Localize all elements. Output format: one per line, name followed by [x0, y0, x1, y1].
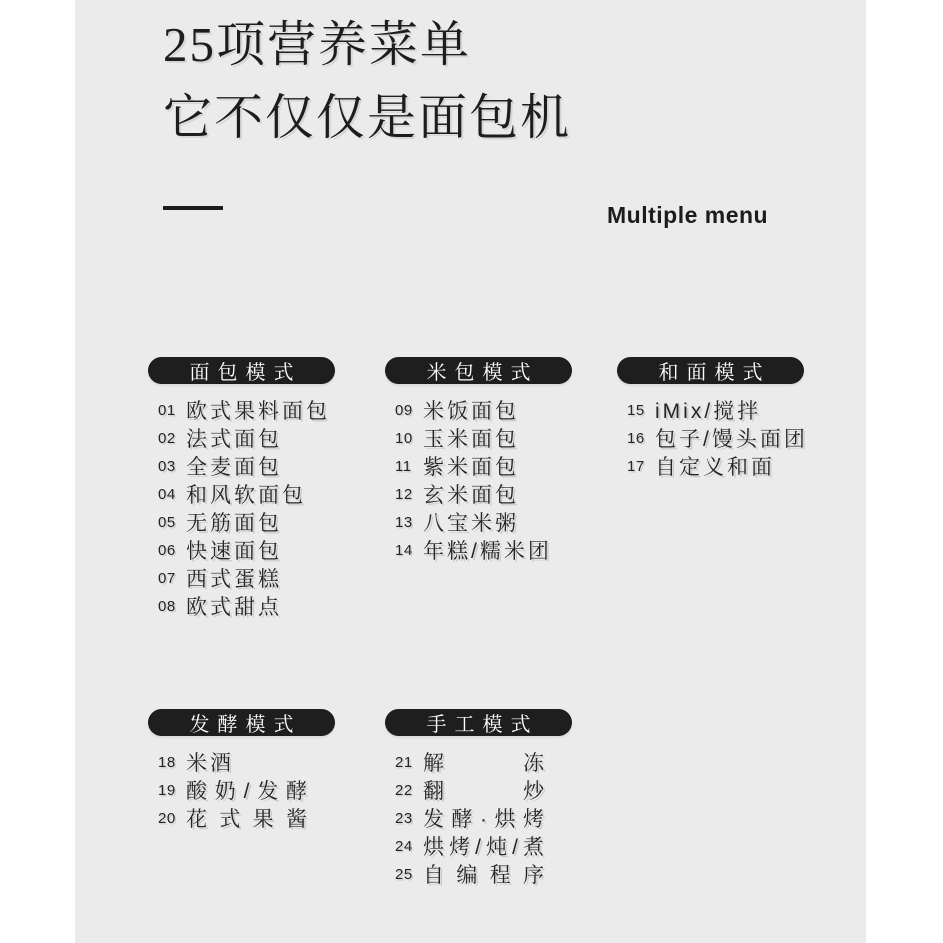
page-title-line1: 25项营养菜单: [163, 8, 571, 81]
menu-item-label: 米酒: [186, 747, 234, 777]
menu-item-list: 15iMix/搅拌16包子/馒头面团17自定义和面: [617, 396, 817, 480]
menu-group-bread: 面包模式 01欧式果料面包02法式面包03全麦面包04和风软面包05无筋面包06…: [148, 357, 348, 620]
gray-panel: 25项营养菜单 它不仅仅是面包机 Multiple menu 面包模式 01欧式…: [75, 0, 866, 943]
menu-item-label: iMix/搅拌: [655, 395, 761, 425]
menu-item-number: 17: [627, 458, 651, 475]
menu-item-number: 19: [158, 782, 182, 799]
menu-item: 20花式果酱: [158, 804, 348, 832]
menu-item-label: 烘烤/炖/煮: [423, 831, 544, 861]
menu-item-number: 13: [395, 514, 419, 531]
menu-item: 15iMix/搅拌: [627, 396, 817, 424]
menu-item: 04和风软面包: [158, 480, 348, 508]
menu-item-label: 欧式甜点: [186, 591, 282, 621]
menu-item-number: 15: [627, 402, 651, 419]
menu-item-number: 07: [158, 570, 182, 587]
menu-item: 06快速面包: [158, 536, 348, 564]
menu-item-label: 解冻: [423, 747, 544, 777]
menu-item-label: 花式果酱: [186, 803, 307, 833]
menu-item-label: 快速面包: [186, 535, 282, 565]
menu-item-number: 21: [395, 754, 419, 771]
menu-item-label: 翻炒: [423, 775, 544, 805]
menu-item-number: 09: [395, 402, 419, 419]
divider-dash: [163, 206, 223, 210]
menu-item-number: 03: [158, 458, 182, 475]
page-title: 25项营养菜单 它不仅仅是面包机: [163, 8, 571, 154]
menu-item-list: 18米酒19酸奶/发酵20花式果酱: [148, 748, 348, 832]
menu-group-header-pill: 米包模式: [385, 357, 572, 384]
menu-item-number: 08: [158, 598, 182, 615]
menu-item-label: 无筋面包: [186, 507, 282, 537]
menu-item-label: 法式面包: [186, 423, 282, 453]
menu-item-list: 21解冻22翻炒23发酵·烘烤24烘烤/炖/煮25自编程序: [385, 748, 585, 888]
menu-item-number: 25: [395, 866, 419, 883]
menu-item: 18米酒: [158, 748, 348, 776]
menu-group-header-pill: 发酵模式: [148, 709, 335, 736]
menu-item-label: 包子/馒头面团: [655, 423, 808, 453]
menu-item: 02法式面包: [158, 424, 348, 452]
menu-item-label: 米饭面包: [423, 395, 519, 425]
menu-item: 23发酵·烘烤: [395, 804, 585, 832]
subtitle-english: Multiple menu: [607, 202, 768, 229]
menu-item-label: 玄米面包: [423, 479, 519, 509]
menu-item-number: 02: [158, 430, 182, 447]
menu-item: 14年糕/糯米团: [395, 536, 585, 564]
menu-item-label: 年糕/糯米团: [423, 535, 552, 565]
menu-item-number: 11: [395, 458, 419, 475]
menu-item: 01欧式果料面包: [158, 396, 348, 424]
menu-item-label: 玉米面包: [423, 423, 519, 453]
menu-item-number: 23: [395, 810, 419, 827]
page-title-line2: 它不仅仅是面包机: [163, 81, 571, 154]
menu-item-number: 10: [395, 430, 419, 447]
menu-item-label: 八宝米粥: [423, 507, 519, 537]
menu-group-ferment: 发酵模式 18米酒19酸奶/发酵20花式果酱: [148, 709, 348, 832]
menu-item: 12玄米面包: [395, 480, 585, 508]
menu-item: 07西式蛋糕: [158, 564, 348, 592]
menu-item: 24烘烤/炖/煮: [395, 832, 585, 860]
menu-item-list: 09米饭面包10玉米面包11紫米面包12玄米面包13八宝米粥14年糕/糯米团: [385, 396, 585, 564]
menu-item-number: 01: [158, 402, 182, 419]
menu-item: 22翻炒: [395, 776, 585, 804]
menu-item-label: 发酵·烘烤: [423, 803, 544, 833]
menu-item: 10玉米面包: [395, 424, 585, 452]
menu-item-number: 20: [158, 810, 182, 827]
menu-item-label: 欧式果料面包: [186, 395, 330, 425]
menu-item: 05无筋面包: [158, 508, 348, 536]
menu-item-label: 酸奶/发酵: [186, 775, 307, 805]
menu-group-header-pill: 面包模式: [148, 357, 335, 384]
menu-item-number: 06: [158, 542, 182, 559]
menu-item-number: 22: [395, 782, 419, 799]
menu-item-label: 西式蛋糕: [186, 563, 282, 593]
menu-item: 21解冻: [395, 748, 585, 776]
menu-group-manual: 手工模式 21解冻22翻炒23发酵·烘烤24烘烤/炖/煮25自编程序: [385, 709, 585, 888]
menu-group-header-pill: 手工模式: [385, 709, 572, 736]
menu-item: 16包子/馒头面团: [627, 424, 817, 452]
menu-item-label: 和风软面包: [186, 479, 306, 509]
menu-item: 11紫米面包: [395, 452, 585, 480]
menu-item-number: 14: [395, 542, 419, 559]
menu-item-number: 04: [158, 486, 182, 503]
menu-item-number: 24: [395, 838, 419, 855]
menu-item-number: 16: [627, 430, 651, 447]
menu-item: 25自编程序: [395, 860, 585, 888]
menu-item-label: 紫米面包: [423, 451, 519, 481]
menu-item: 08欧式甜点: [158, 592, 348, 620]
page: 25项营养菜单 它不仅仅是面包机 Multiple menu 面包模式 01欧式…: [0, 0, 943, 943]
menu-item: 19酸奶/发酵: [158, 776, 348, 804]
menu-item-number: 18: [158, 754, 182, 771]
menu-item-label: 自定义和面: [655, 451, 775, 481]
menu-item: 13八宝米粥: [395, 508, 585, 536]
menu-item: 03全麦面包: [158, 452, 348, 480]
menu-item-number: 12: [395, 486, 419, 503]
menu-item: 17自定义和面: [627, 452, 817, 480]
menu-item-label: 自编程序: [423, 859, 544, 889]
menu-group-dough: 和面模式 15iMix/搅拌16包子/馒头面团17自定义和面: [617, 357, 817, 480]
menu-item-label: 全麦面包: [186, 451, 282, 481]
menu-group-header-pill: 和面模式: [617, 357, 804, 384]
menu-group-rice-bread: 米包模式 09米饭面包10玉米面包11紫米面包12玄米面包13八宝米粥14年糕/…: [385, 357, 585, 564]
menu-item-list: 01欧式果料面包02法式面包03全麦面包04和风软面包05无筋面包06快速面包0…: [148, 396, 348, 620]
menu-item-number: 05: [158, 514, 182, 531]
menu-item: 09米饭面包: [395, 396, 585, 424]
